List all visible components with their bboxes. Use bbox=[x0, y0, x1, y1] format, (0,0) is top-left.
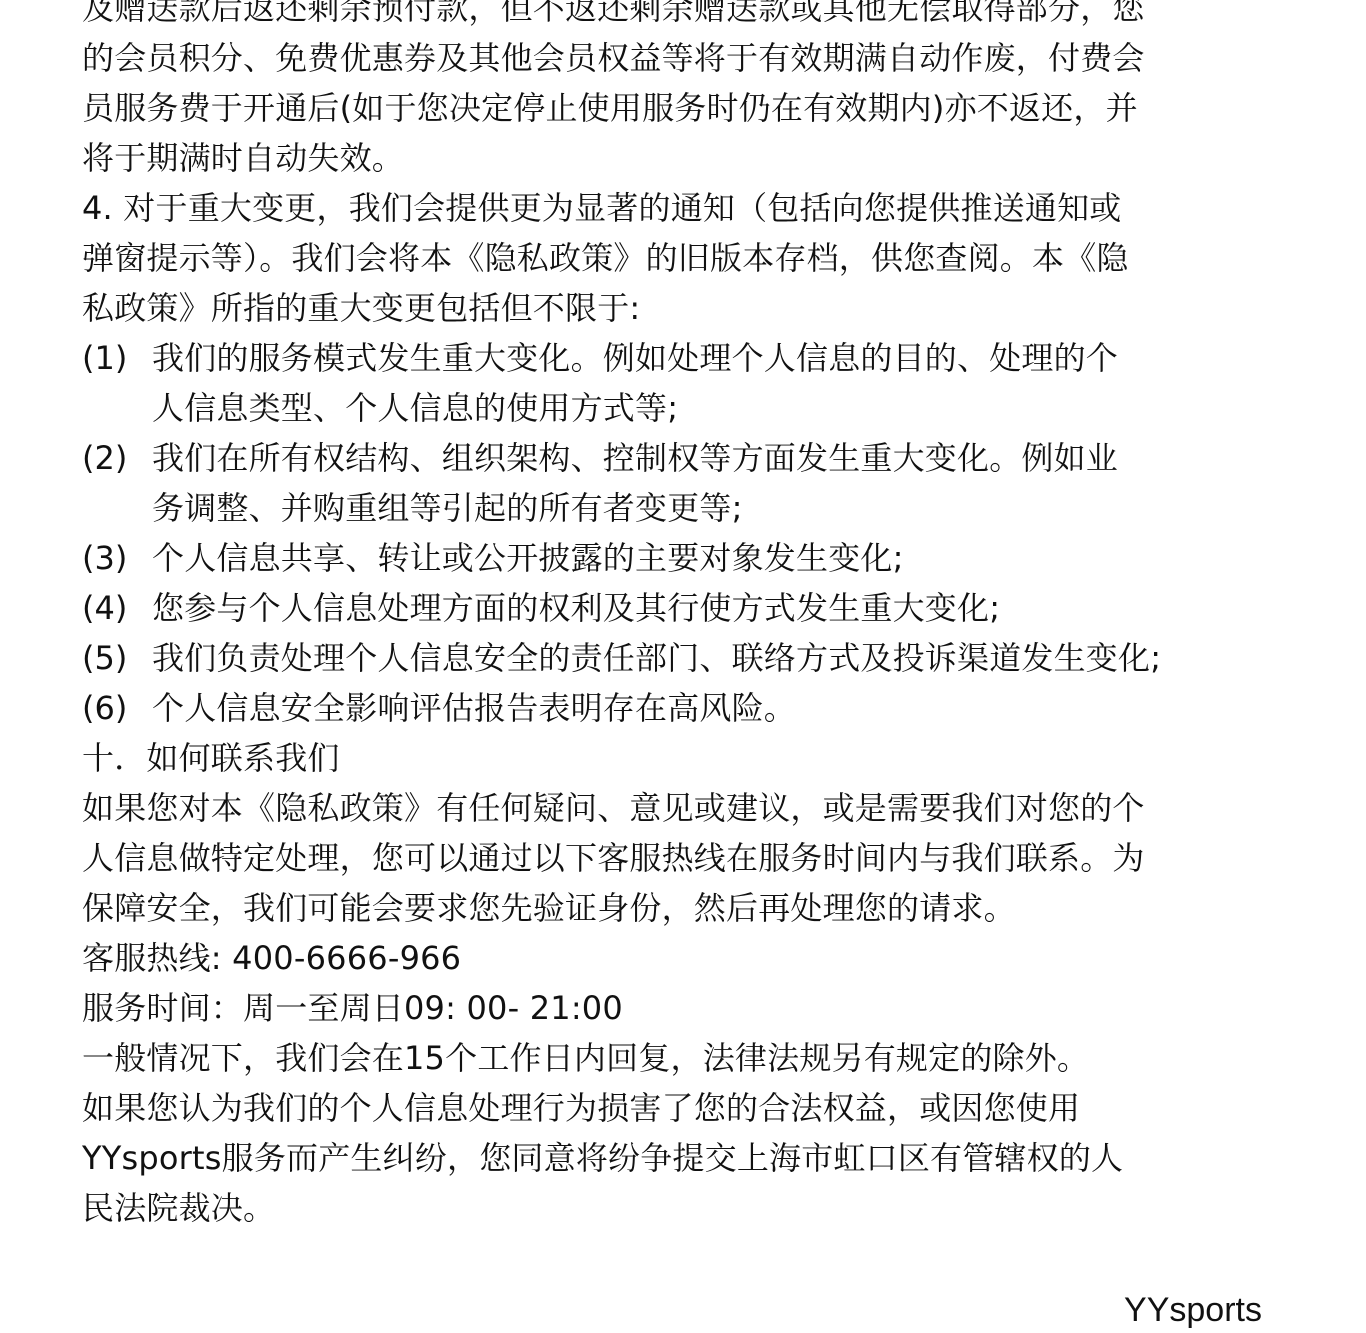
list-item-text: 务调整、并购重组等引起的所有者变更等; bbox=[152, 483, 1118, 533]
list-item-number: (4) bbox=[82, 583, 152, 633]
section-heading: 十．如何联系我们 bbox=[82, 733, 1292, 783]
list-item-text: 我们在所有权结构、组织架构、控制权等方面发生重大变化。例如业 bbox=[152, 433, 1118, 483]
list-item-text: 我们负责处理个人信息安全的责任部门、联络方式及投诉渠道发生变化; bbox=[152, 633, 1161, 683]
list-item-text: 您参与个人信息处理方面的权利及其行使方式发生重大变化; bbox=[152, 583, 1000, 633]
text-line: 人信息做特定处理，您可以通过以下客服热线在服务时间内与我们联系。为 bbox=[82, 833, 1292, 883]
text-line: 弹窗提示等）。我们会将本《隐私政策》的旧版本存档，供您查阅。本《隐 bbox=[82, 233, 1292, 283]
list-item: (2) 我们在所有权结构、组织架构、控制权等方面发生重大变化。例如业 务调整、并… bbox=[82, 433, 1292, 533]
list-item-text: 个人信息安全影响评估报告表明存在高风险。 bbox=[152, 683, 796, 733]
text-line: 的会员积分、免费优惠券及其他会员权益等将于有效期满自动作废，付费会 bbox=[82, 33, 1292, 83]
list-item-text: 人信息类型、个人信息的使用方式等; bbox=[152, 383, 1118, 433]
service-hours-text: 服务时间：周一至周日09: 00- 21:00 bbox=[82, 983, 1292, 1033]
clause-4-paragraph: 4. 对于重大变更，我们会提供更为显著的通知（包括向您提供推送通知或 弹窗提示等… bbox=[82, 183, 1292, 333]
list-item-text: 个人信息共享、转让或公开披露的主要对象发生变化; bbox=[152, 533, 904, 583]
text-line: 如果您对本《隐私政策》有任何疑问、意见或建议，或是需要我们对您的个 bbox=[82, 783, 1292, 833]
list-item-number: (5) bbox=[82, 633, 152, 683]
major-changes-list: (1) 我们的服务模式发生重大变化。例如处理个人信息的目的、处理的个 人信息类型… bbox=[82, 333, 1292, 733]
text-line: 及赠送款后返还剩余预付款，但不返还剩余赠送款或其他无偿取得部分，您 bbox=[82, 0, 1292, 33]
text-line: 员服务费于开通后(如于您决定停止使用服务时仍在有效期内)亦不返还，并 bbox=[82, 83, 1292, 133]
list-item-text: 我们的服务模式发生重大变化。例如处理个人信息的目的、处理的个 bbox=[152, 333, 1118, 383]
dispute-paragraph: 如果您认为我们的个人信息处理行为损害了您的合法权益，或因您使用 YYsports… bbox=[82, 1083, 1292, 1233]
signature: YYsports bbox=[1124, 1285, 1262, 1333]
contact-paragraph: 如果您对本《隐私政策》有任何疑问、意见或建议，或是需要我们对您的个 人信息做特定… bbox=[82, 783, 1292, 933]
hotline-text: 客服热线: 400-6666-966 bbox=[82, 933, 1292, 983]
text-line: 私政策》所指的重大变更包括但不限于: bbox=[82, 283, 1292, 333]
privacy-policy-document: 及赠送款后返还剩余预付款，但不返还剩余赠送款或其他无偿取得部分，您 的会员积分、… bbox=[82, 0, 1292, 1233]
text-line: 保障安全，我们可能会要求您先验证身份，然后再处理您的请求。 bbox=[82, 883, 1292, 933]
list-item: (5) 我们负责处理个人信息安全的责任部门、联络方式及投诉渠道发生变化; bbox=[82, 633, 1292, 683]
intro-paragraph: 及赠送款后返还剩余预付款，但不返还剩余赠送款或其他无偿取得部分，您 的会员积分、… bbox=[82, 0, 1292, 183]
response-time-text: 一般情况下，我们会在15个工作日内回复，法律法规另有规定的除外。 bbox=[82, 1033, 1292, 1083]
list-item: (3) 个人信息共享、转让或公开披露的主要对象发生变化; bbox=[82, 533, 1292, 583]
text-line: 如果您认为我们的个人信息处理行为损害了您的合法权益，或因您使用 bbox=[82, 1083, 1292, 1133]
list-item-number: (2) bbox=[82, 433, 152, 483]
list-item: (1) 我们的服务模式发生重大变化。例如处理个人信息的目的、处理的个 人信息类型… bbox=[82, 333, 1292, 433]
text-line: 民法院裁决。 bbox=[82, 1183, 1292, 1233]
list-item: (6) 个人信息安全影响评估报告表明存在高风险。 bbox=[82, 683, 1292, 733]
text-line: 4. 对于重大变更，我们会提供更为显著的通知（包括向您提供推送通知或 bbox=[82, 183, 1292, 233]
list-item-number: (3) bbox=[82, 533, 152, 583]
list-item-number: (6) bbox=[82, 683, 152, 733]
list-item-number: (1) bbox=[82, 333, 152, 383]
list-item: (4) 您参与个人信息处理方面的权利及其行使方式发生重大变化; bbox=[82, 583, 1292, 633]
text-line: YYsports服务而产生纠纷，您同意将纷争提交上海市虹口区有管辖权的人 bbox=[82, 1133, 1292, 1183]
text-line: 将于期满时自动失效。 bbox=[82, 133, 1292, 183]
